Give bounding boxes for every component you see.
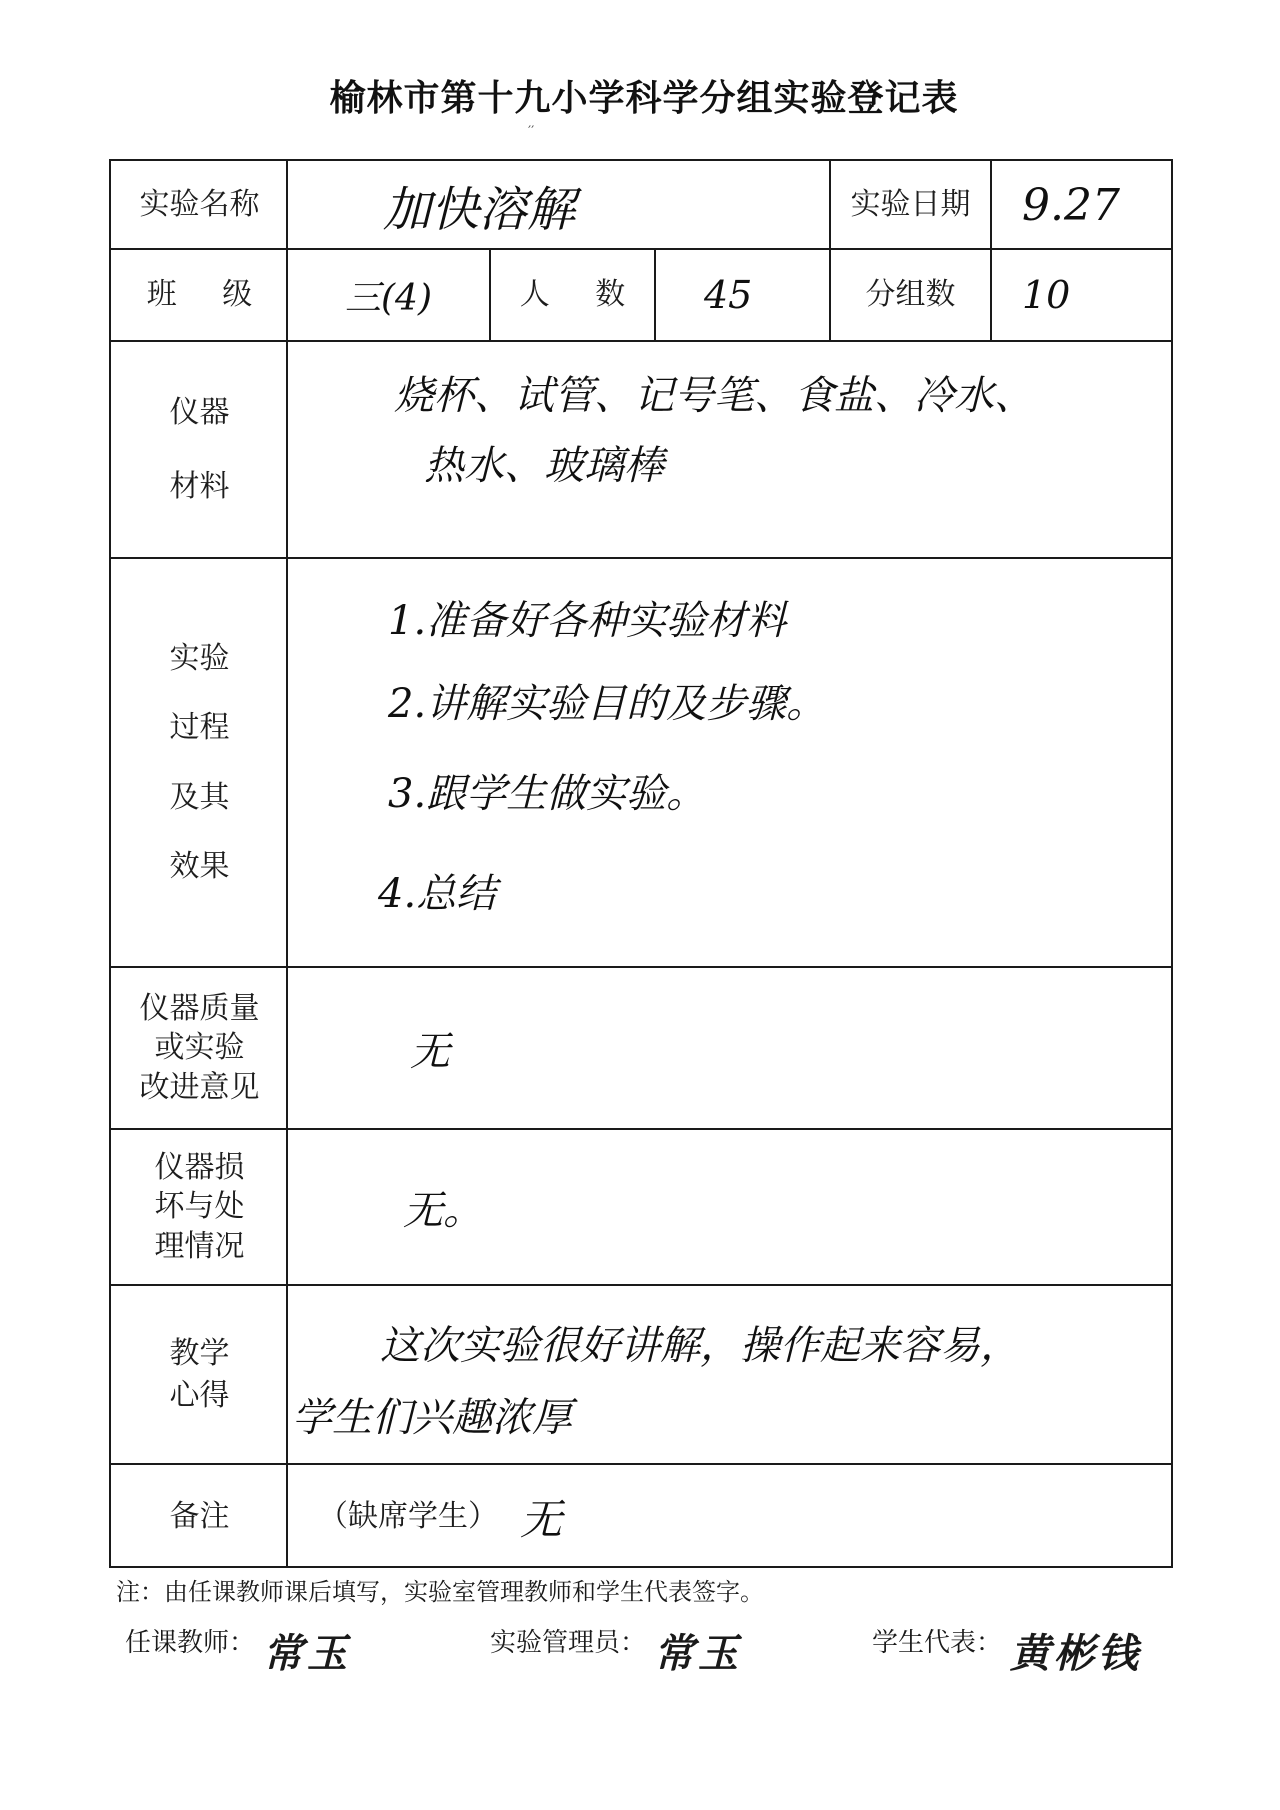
damage-label-line: 坏与处 [155, 1188, 245, 1226]
process-label-line: 效果 [170, 848, 230, 886]
lab-manager-signature-label: 实验管理员： [490, 1622, 646, 1659]
experiment-date-label: 实验日期 [831, 161, 990, 249]
remarks-label: 备注 [111, 1465, 288, 1568]
process-label: 实验 过程 及其 效果 [111, 559, 288, 966]
materials-line: 烧杯、试管、记号笔、食盐、冷水、 [394, 364, 1034, 421]
materials-line: 热水、玻璃棒 [424, 434, 664, 491]
improvement-value[interactable]: 无 [288, 968, 1173, 1128]
improvement-label-line: 或实验 [155, 1029, 245, 1067]
stray-mark: ′′ [528, 124, 534, 140]
reflection-value[interactable]: 这次实验很好讲解，操作起来容易， 学生们兴趣浓厚 [288, 1286, 1173, 1463]
student-rep-signature: 学生代表： 黄彬钱 [872, 1612, 1142, 1669]
damage-value[interactable]: 无。 [288, 1130, 1173, 1284]
group-count-label: 分组数 [831, 250, 990, 340]
reflection-line: 学生们兴趣浓厚 [292, 1386, 572, 1443]
group-count-value[interactable]: 10 [992, 250, 1173, 340]
improvement-label-line: 仪器质量 [140, 990, 260, 1028]
reflection-line: 这次实验很好讲解，操作起来容易， [380, 1314, 1020, 1371]
improvement-label-line: 改进意见 [140, 1069, 260, 1107]
materials-label-line: 仪器 [170, 394, 230, 432]
experiment-register-table: 实验名称 加快溶解 实验日期 9.27 班 级 三(4) 人 数 45 分组数 … [109, 159, 1173, 1568]
experiment-name-value[interactable]: 加快溶解 [288, 161, 829, 249]
process-label-line: 过程 [170, 709, 230, 747]
process-value[interactable]: 1.准备好各种实验材料 2.讲解实验目的及步骤。 3.跟学生做实验。 4.总结 [288, 559, 1173, 966]
damage-label-line: 仪器损 [155, 1149, 245, 1187]
headcount-label: 人 数 [491, 250, 654, 340]
remarks-value[interactable]: （缺席学生） 无 [288, 1465, 1173, 1568]
student-rep-signature-name[interactable]: 黄彬钱 [1010, 1622, 1142, 1679]
class-label: 班 级 [111, 250, 288, 340]
process-step: 4.总结 [378, 862, 496, 919]
form-title: 榆林市第十九小学科学分组实验登记表 [0, 70, 1280, 121]
process-step: 2.讲解实验目的及步骤。 [388, 672, 826, 729]
experiment-name-label: 实验名称 [111, 161, 288, 249]
damage-label-line: 理情况 [155, 1228, 245, 1266]
materials-label-line: 材料 [170, 468, 230, 506]
footer-note: 注：由任课教师课后填写，实验室管理教师和学生代表签字。 [116, 1572, 764, 1607]
class-value[interactable]: 三(4) [288, 250, 489, 340]
absent-students-value: 无 [520, 1487, 562, 1547]
teacher-signature: 任课教师： 常玉 [125, 1612, 351, 1669]
damage-label: 仪器损 坏与处 理情况 [111, 1130, 288, 1284]
reflection-label: 教学 心得 [111, 1286, 288, 1463]
process-step: 3.跟学生做实验。 [388, 762, 706, 819]
process-step: 1.准备好各种实验材料 [388, 589, 786, 646]
experiment-date-value[interactable]: 9.27 [992, 161, 1173, 249]
process-label-line: 及其 [170, 779, 230, 817]
improvement-label: 仪器质量 或实验 改进意见 [111, 968, 288, 1128]
headcount-value[interactable]: 45 [656, 250, 829, 340]
process-label-line: 实验 [170, 640, 230, 678]
absent-students-label: （缺席学生） [318, 1498, 498, 1536]
materials-value[interactable]: 烧杯、试管、记号笔、食盐、冷水、 热水、玻璃棒 [288, 342, 1173, 557]
lab-manager-signature-name[interactable]: 常玉 [654, 1622, 742, 1679]
reflection-label-line: 教学 [170, 1335, 230, 1373]
materials-label: 仪器 材料 [111, 342, 288, 557]
teacher-signature-name[interactable]: 常玉 [263, 1622, 351, 1679]
teacher-signature-label: 任课教师： [125, 1622, 255, 1659]
student-rep-signature-label: 学生代表： [872, 1622, 1002, 1659]
reflection-label-line: 心得 [170, 1377, 230, 1415]
lab-manager-signature: 实验管理员： 常玉 [490, 1612, 742, 1669]
